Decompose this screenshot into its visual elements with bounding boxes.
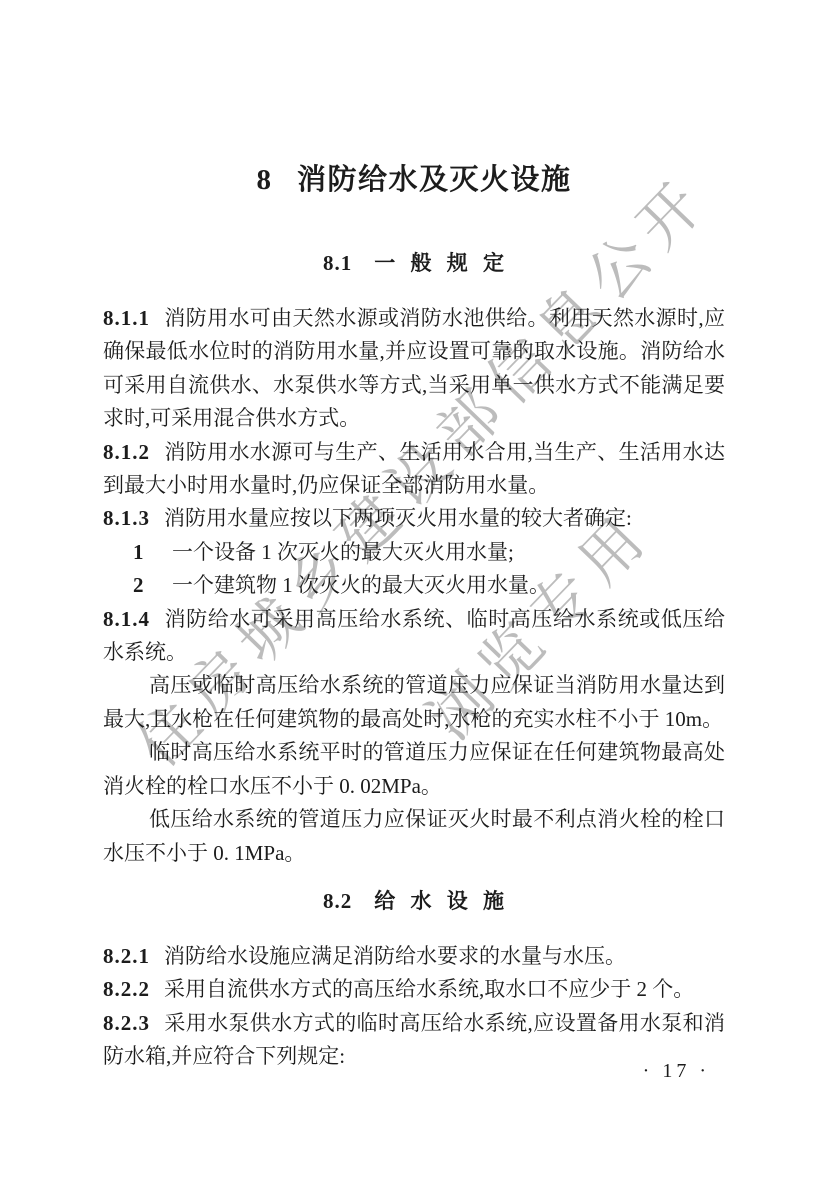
standard-document-page: 住房城乡建设部信息公开 浏览专用 8消防给水及灭火设施 8.1一 般 规 定 8… xyxy=(0,0,827,1198)
section-title: 一 般 规 定 xyxy=(374,251,505,275)
clause-number: 8.2.1 xyxy=(103,944,150,968)
clause-8-1-3: 8.1.3消防用水量应按以下两项灭火用水量的较大者确定: xyxy=(103,502,725,535)
section-heading-8-1: 8.1一 般 规 定 xyxy=(103,250,725,276)
paragraph-temporary-high-pressure: 临时高压给水系统平时的管道压力应保证在任何建筑物最高处消火栓的栓口水压不小于 0… xyxy=(103,736,725,803)
item-number: 1 xyxy=(133,536,172,569)
item-text: 一个设备 1 次灭火的最大灭火用水量; xyxy=(172,540,514,564)
clause-text: 采用水泵供水方式的临时高压给水系统,应设置备用水泵和消防水箱,并应符合下列规定: xyxy=(103,1011,725,1068)
clause-text: 消防用水水源可与生产、生活用水合用,当生产、生活用水达到最大小时用水量时,仍应保… xyxy=(103,440,725,497)
clause-number: 8.1.3 xyxy=(103,506,150,530)
paragraph-low-pressure: 低压给水系统的管道压力应保证灭火时最不利点消火栓的栓口水压不小于 0. 1MPa… xyxy=(103,803,725,870)
clause-8-1-4: 8.1.4消防给水可采用高压给水系统、临时高压给水系统或低压给水系统。 xyxy=(103,603,725,670)
clause-text: 消防用水可由天然水源或消防水池供给。利用天然水源时,应确保最低水位时的消防用水量… xyxy=(103,306,725,430)
clause-number: 8.1.2 xyxy=(103,440,150,464)
clause-text: 消防给水设施应满足消防给水要求的水量与水压。 xyxy=(164,944,626,968)
page-content: 8消防给水及灭火设施 8.1一 般 规 定 8.1.1消防用水可由天然水源或消防… xyxy=(103,160,725,1074)
section-title: 给 水 设 施 xyxy=(374,889,505,913)
list-item-2: 2一个建筑物 1 次灭火的最大灭火用水量。 xyxy=(103,569,725,602)
clause-number: 8.2.2 xyxy=(103,977,150,1001)
section-number: 8.1 xyxy=(323,251,352,275)
clause-8-1-2: 8.1.2消防用水水源可与生产、生活用水合用,当生产、生活用水达到最大小时用水量… xyxy=(103,436,725,503)
list-item-1: 1一个设备 1 次灭火的最大灭火用水量; xyxy=(103,536,725,569)
chapter-number: 8 xyxy=(256,164,271,196)
clause-text: 消防给水可采用高压给水系统、临时高压给水系统或低压给水系统。 xyxy=(103,607,725,664)
clause-text: 消防用水量应按以下两项灭火用水量的较大者确定: xyxy=(164,506,632,530)
clause-number: 8.2.3 xyxy=(103,1011,150,1035)
clause-8-2-2: 8.2.2采用自流供水方式的高压给水系统,取水口不应少于 2 个。 xyxy=(103,973,725,1006)
clause-8-2-3: 8.2.3采用水泵供水方式的临时高压给水系统,应设置备用水泵和消防水箱,并应符合… xyxy=(103,1007,725,1074)
clause-number: 8.1.1 xyxy=(103,306,150,330)
section-number: 8.2 xyxy=(323,889,352,913)
item-number: 2 xyxy=(133,569,172,602)
clause-8-2-1: 8.2.1消防给水设施应满足消防给水要求的水量与水压。 xyxy=(103,940,725,973)
clause-8-1-1: 8.1.1消防用水可由天然水源或消防水池供给。利用天然水源时,应确保最低水位时的… xyxy=(103,302,725,436)
paragraph-high-pressure: 高压或临时高压给水系统的管道压力应保证当消防用水量达到最大,且水枪在任何建筑物的… xyxy=(103,669,725,736)
chapter-title: 8消防给水及灭火设施 xyxy=(103,160,725,200)
clause-text: 采用自流供水方式的高压给水系统,取水口不应少于 2 个。 xyxy=(164,977,694,1001)
section-heading-8-2: 8.2给 水 设 施 xyxy=(103,888,725,914)
page-number: · 17 · xyxy=(643,1060,710,1083)
clause-number: 8.1.4 xyxy=(103,607,150,631)
chapter-title-text: 消防给水及灭火设施 xyxy=(297,164,572,196)
item-text: 一个建筑物 1 次灭火的最大灭火用水量。 xyxy=(172,573,550,597)
